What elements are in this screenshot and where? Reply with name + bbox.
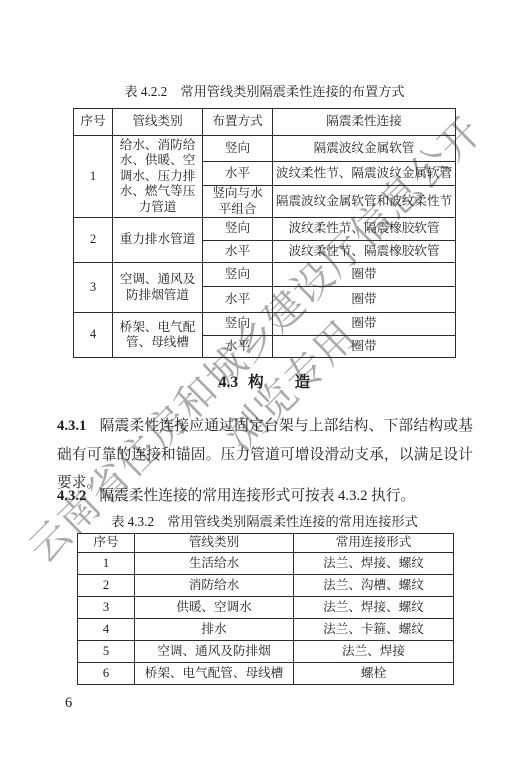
table-row: 1 给水、消防给水、供暖、空调水、压力排水、燃气等压力管道 竖向 隔震波纹金属软… [74, 136, 456, 162]
cell-seq: 6 [78, 663, 135, 685]
cell-category: 生活给水 [135, 553, 294, 575]
page-number: 6 [65, 694, 72, 712]
header-cell-layout: 布置方式 [203, 109, 273, 136]
cell-category: 桥架、电气配管、母线槽 [113, 313, 203, 358]
cell-connection: 圈带 [273, 313, 456, 336]
cell-connection: 隔震波纹金属软管和波纹柔性节 [273, 186, 456, 218]
cell-connection: 隔震波纹金属软管 [273, 136, 456, 162]
table-row: 3 供暖、空调水 法兰、焊接、螺纹 [78, 597, 454, 619]
cell-form: 法兰、焊接、螺纹 [294, 553, 454, 575]
cell-layout: 竖向 [203, 136, 273, 162]
cell-category: 空调、通风及防排烟管道 [113, 263, 203, 313]
cell-layout: 竖向与水平组合 [203, 186, 273, 218]
cell-layout: 水平 [203, 241, 273, 263]
table-432-title: 表 4.3.2 常用管线类别隔震柔性连接的常用连接形式 [0, 514, 529, 530]
clause-number: 4.3.1 [57, 418, 86, 434]
table-row: 3 空调、通风及防排烟管道 竖向 圈带 [74, 263, 456, 287]
cell-category: 消防给水 [135, 575, 294, 597]
cell-seq: 1 [74, 136, 113, 218]
cell-connection: 波纹柔性节、隔震橡胶软管 [273, 241, 456, 263]
cell-seq: 1 [78, 553, 135, 575]
cell-seq: 4 [74, 313, 113, 358]
table-row: 2 消防给水 法兰、沟槽、螺纹 [78, 575, 454, 597]
cell-connection: 波纹柔性节、隔震橡胶软管 [273, 218, 456, 241]
cell-category: 桥架、电气配管、母线槽 [135, 663, 294, 685]
cell-form: 法兰、焊接、螺纹 [294, 597, 454, 619]
cell-category: 排水 [135, 619, 294, 641]
clause-text: 隔震柔性连接应通过固定台架与上部结构、下部结构或基础有可靠的连接和锚固。压力管道… [57, 418, 473, 491]
cell-category: 重力排水管道 [113, 218, 203, 263]
cell-seq: 5 [78, 641, 135, 663]
cell-layout: 水平 [203, 336, 273, 358]
cell-category: 空调、通风及防排烟 [135, 641, 294, 663]
cell-seq: 4 [78, 619, 135, 641]
table-422: 序号 管线类别 布置方式 隔震柔性连接 1 给水、消防给水、供暖、空调水、压力排… [73, 108, 456, 358]
cell-layout: 水平 [203, 287, 273, 313]
cell-layout: 竖向 [203, 313, 273, 336]
cell-form: 螺栓 [294, 663, 454, 685]
cell-connection: 圈带 [273, 263, 456, 287]
cell-form: 法兰、焊接 [294, 641, 454, 663]
header-cell-connection: 隔震柔性连接 [273, 109, 456, 136]
cell-seq: 3 [74, 263, 113, 313]
header-cell-category: 管线类别 [135, 534, 294, 553]
table-row: 4 排水 法兰、卡箍、螺纹 [78, 619, 454, 641]
section-heading: 4.3构 造 [0, 372, 529, 394]
cell-form: 法兰、沟槽、螺纹 [294, 575, 454, 597]
cell-seq: 2 [78, 575, 135, 597]
clause-432: 4.3.2隔震柔性连接的常用连接形式可按表 4.3.2 执行。 [57, 482, 473, 511]
cell-connection: 圈带 [273, 336, 456, 358]
table-row: 6 桥架、电气配管、母线槽 螺栓 [78, 663, 454, 685]
document-page: 云南省住房和城乡建设厅信息公开 浏览专用 表 4.2.2 常用管线类别隔震柔性连… [0, 0, 529, 767]
header-cell-seq: 序号 [78, 534, 135, 553]
section-title: 构 造 [248, 374, 310, 391]
cell-connection: 圈带 [273, 287, 456, 313]
table-header-row: 序号 管线类别 常用连接形式 [78, 534, 454, 553]
table-row: 2 重力排水管道 竖向 波纹柔性节、隔震橡胶软管 [74, 218, 456, 241]
header-cell-form: 常用连接形式 [294, 534, 454, 553]
header-cell-category: 管线类别 [113, 109, 203, 136]
cell-layout: 竖向 [203, 263, 273, 287]
table-row: 1 生活给水 法兰、焊接、螺纹 [78, 553, 454, 575]
table-422-title: 表 4.2.2 常用管线类别隔震柔性连接的布置方式 [0, 84, 529, 100]
header-cell-seq: 序号 [74, 109, 113, 136]
cell-connection: 波纹柔性节、隔震波纹金属软管 [273, 162, 456, 186]
table-432: 序号 管线类别 常用连接形式 1 生活给水 法兰、焊接、螺纹 2 消防给水 法兰… [77, 533, 454, 685]
cell-layout: 竖向 [203, 218, 273, 241]
clause-number: 4.3.2 [57, 488, 86, 504]
cell-layout: 水平 [203, 162, 273, 186]
clause-text: 隔震柔性连接的常用连接形式可按表 4.3.2 执行。 [99, 488, 415, 504]
cell-category: 供暖、空调水 [135, 597, 294, 619]
table-row: 5 空调、通风及防排烟 法兰、焊接 [78, 641, 454, 663]
cell-category: 给水、消防给水、供暖、空调水、压力排水、燃气等压力管道 [113, 136, 203, 218]
cell-form: 法兰、卡箍、螺纹 [294, 619, 454, 641]
cell-seq: 3 [78, 597, 135, 619]
table-row: 4 桥架、电气配管、母线槽 竖向 圈带 [74, 313, 456, 336]
cell-seq: 2 [74, 218, 113, 263]
section-number: 4.3 [219, 374, 238, 391]
table-header-row: 序号 管线类别 布置方式 隔震柔性连接 [74, 109, 456, 136]
